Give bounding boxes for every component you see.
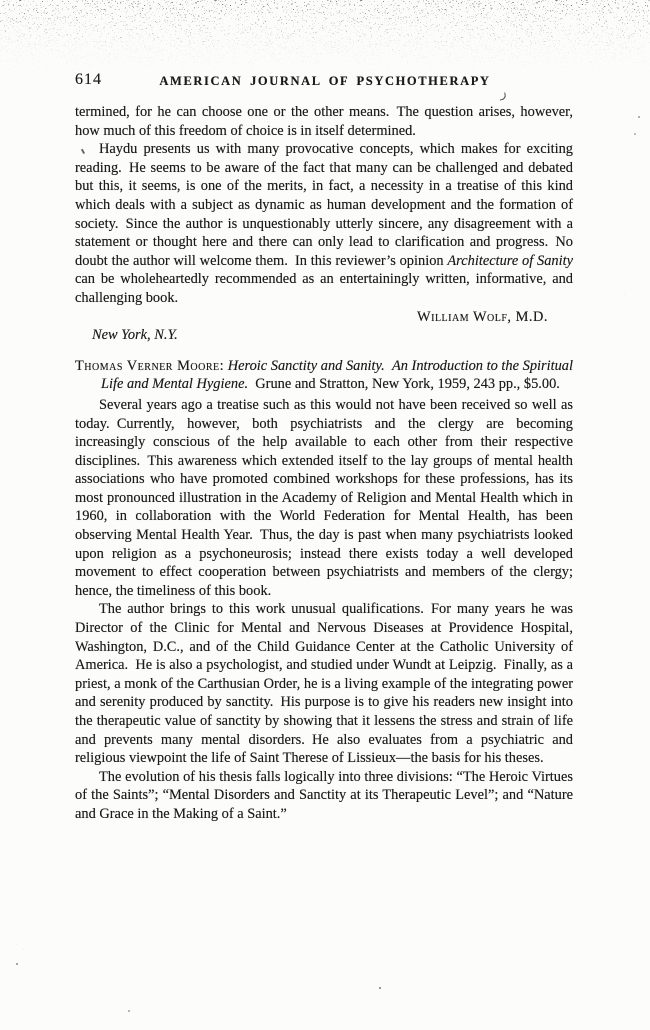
paragraph-moore-2: The author brings to this work unusual q…	[75, 600, 573, 767]
paragraph-text: can be wholeheartedly recommended as an …	[75, 271, 573, 306]
paragraph-moore-3: The evolution of his thesis falls logica…	[75, 768, 573, 824]
page-number: 614	[75, 71, 102, 89]
print-speck	[16, 963, 18, 965]
print-speck	[634, 133, 636, 135]
noise-fade-overlay	[0, 0, 650, 78]
bottom-left-edge-noise	[0, 930, 30, 1030]
page-header: 614 AMERICAN JOURNAL OF PSYCHOTHERAPY	[0, 71, 650, 89]
scanned-journal-page: 614 AMERICAN JOURNAL OF PSYCHOTHERAPY te…	[0, 0, 650, 1030]
reviewer-name: William Wolf, M.D.	[417, 309, 548, 325]
reviewer-signature: William Wolf, M.D.	[75, 308, 573, 327]
paragraph-continuation: termined, for he can choose one or the o…	[75, 103, 573, 140]
citation-author: Thomas Verner Moore:	[75, 358, 224, 374]
print-speck	[379, 987, 381, 989]
print-speck	[638, 116, 640, 118]
paragraph-moore-1: Several years ago a treatise such as thi…	[75, 396, 573, 601]
text-column: termined, for he can choose one or the o…	[75, 103, 573, 824]
print-artifact-curl	[498, 92, 506, 100]
print-speck	[128, 1010, 130, 1012]
top-edge-noise	[0, 0, 650, 72]
book-title-italic: Architecture of Sanity	[447, 253, 573, 269]
paragraph-haydu-review: Haydu presents us with many provocative …	[75, 140, 573, 307]
reviewer-location: New York, N.Y.	[75, 326, 573, 345]
book-citation: Thomas Verner Moore: Heroic Sanctity and…	[75, 357, 573, 394]
paragraph-text: Haydu presents us with many provocative …	[75, 141, 573, 269]
citation-publisher: Grune and Stratton, New York, 1959, 243 …	[248, 376, 560, 392]
